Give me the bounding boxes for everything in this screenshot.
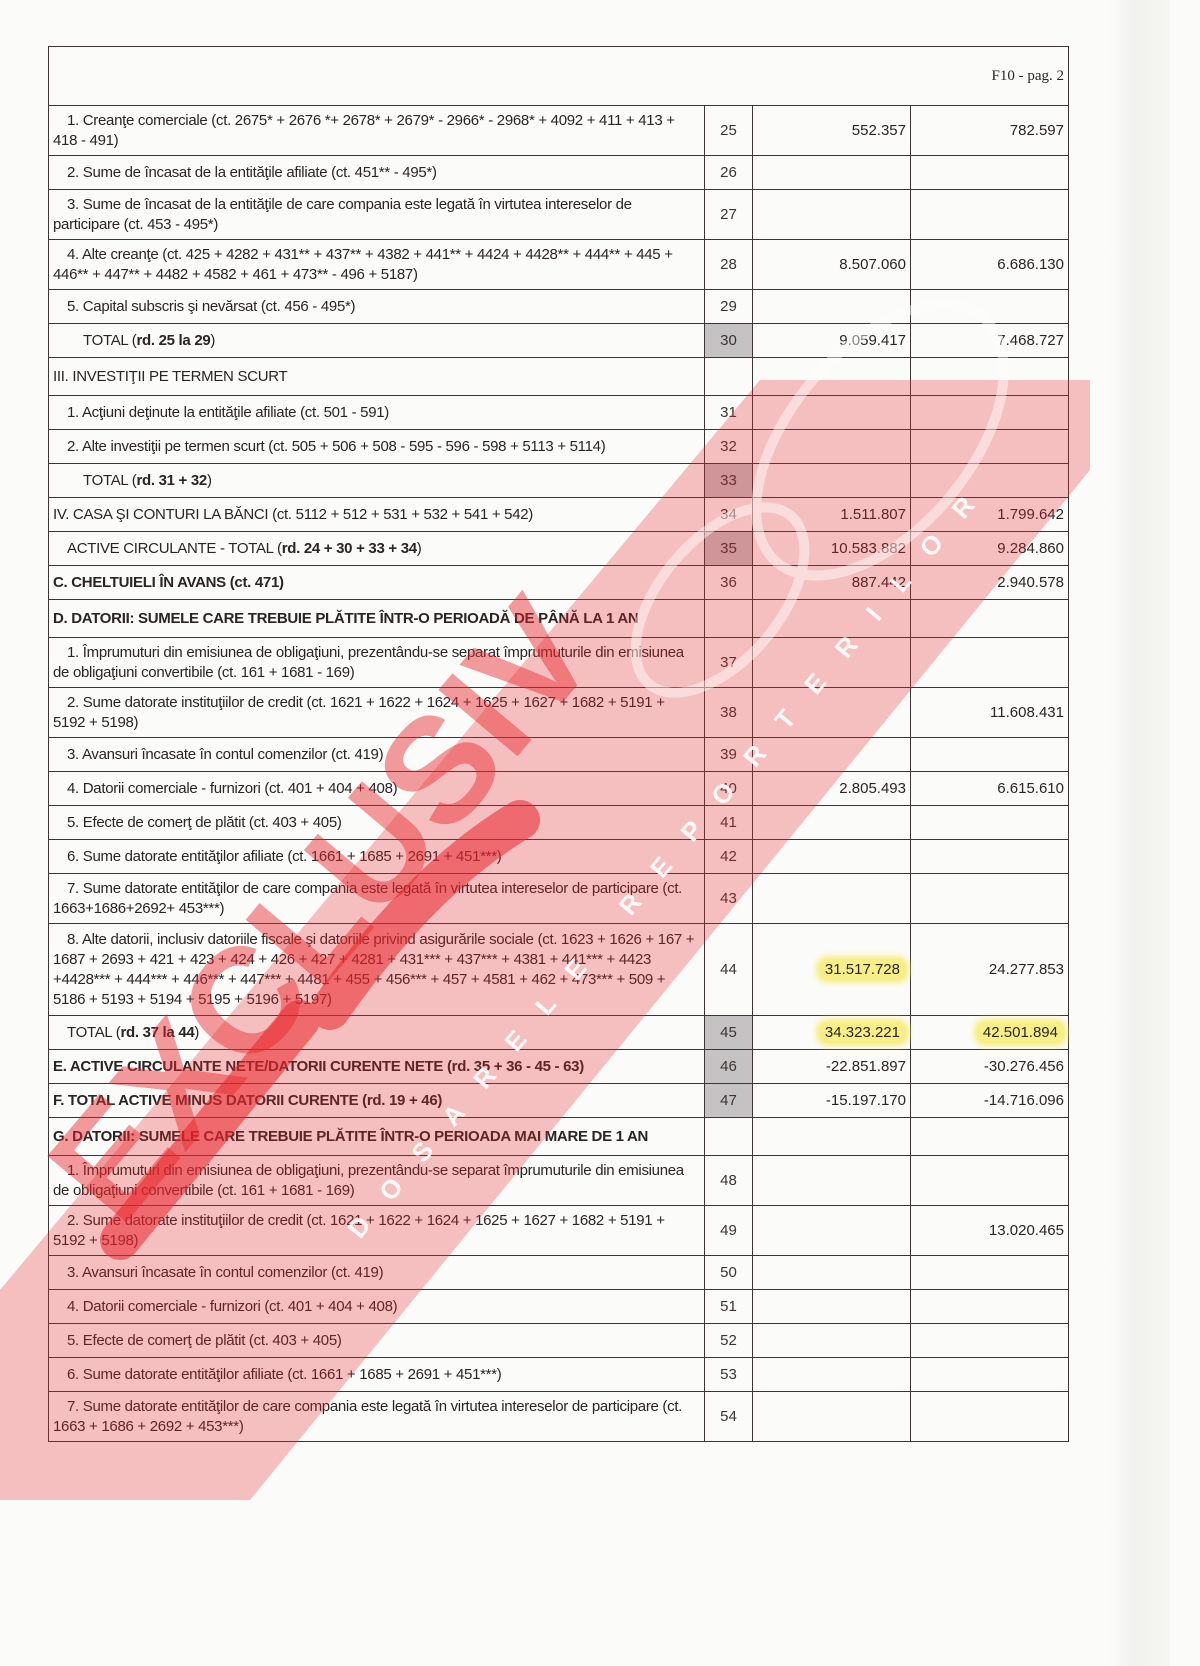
balance-sheet-form: F10 - pag. 2 1. Creanţe comerciale (ct. … bbox=[48, 46, 1068, 1442]
row-number: 26 bbox=[705, 156, 753, 190]
row-description: 2. Alte investiţii pe termen scurt (ct. … bbox=[49, 430, 705, 464]
value-previous-period bbox=[753, 1392, 911, 1442]
value-previous-period bbox=[753, 1290, 911, 1324]
section-header-row: D. DATORII: SUMELE CARE TREBUIE PLĂTITE … bbox=[49, 600, 1069, 638]
value-current-period bbox=[911, 840, 1069, 874]
table-row: 7. Sume datorate entităţilor de care com… bbox=[49, 874, 1069, 924]
row-description: TOTAL (rd. 31 + 32) bbox=[49, 464, 705, 498]
table-row: 4. Datorii comerciale - furnizori (ct. 4… bbox=[49, 1290, 1069, 1324]
value-current-period: 2.940.578 bbox=[911, 566, 1069, 600]
table-row: 5. Capital subscris şi nevărsat (ct. 456… bbox=[49, 290, 1069, 324]
value-current-period bbox=[911, 1256, 1069, 1290]
row-description: TOTAL (rd. 25 la 29) bbox=[49, 324, 705, 358]
table-row: 3. Avansuri încasate în contul comenzilo… bbox=[49, 1256, 1069, 1290]
row-number: 54 bbox=[705, 1392, 753, 1442]
value-current-period bbox=[911, 638, 1069, 688]
row-description: 2. Sume datorate instituţiilor de credit… bbox=[49, 688, 705, 738]
row-description: 7. Sume datorate entităţilor de care com… bbox=[49, 1392, 705, 1442]
value-current-period bbox=[911, 464, 1069, 498]
row-number: 49 bbox=[705, 1206, 753, 1256]
row-number: 38 bbox=[705, 688, 753, 738]
table-row: 6. Sume datorate entităţilor afiliate (c… bbox=[49, 840, 1069, 874]
row-number: 52 bbox=[705, 1324, 753, 1358]
value-current-period bbox=[911, 1358, 1069, 1392]
table-row: TOTAL (rd. 31 + 32)33 bbox=[49, 464, 1069, 498]
value-previous-period bbox=[753, 290, 911, 324]
value-current-period bbox=[911, 290, 1069, 324]
row-number: 28 bbox=[705, 240, 753, 290]
row-description: 2. Sume datorate instituţiilor de credit… bbox=[49, 1206, 705, 1256]
value-previous-period bbox=[753, 1324, 911, 1358]
row-description: 6. Sume datorate entităţilor afiliate (c… bbox=[49, 1358, 705, 1392]
row-description: 3. Avansuri încasate în contul comenzilo… bbox=[49, 1256, 705, 1290]
row-description: 4. Datorii comerciale - furnizori (ct. 4… bbox=[49, 772, 705, 806]
value-current-period bbox=[911, 1118, 1069, 1156]
row-description: 1. Împrumuturi din emisiunea de obligaţi… bbox=[49, 638, 705, 688]
row-number: 37 bbox=[705, 638, 753, 688]
table-row: C. CHELTUIELI ÎN AVANS (ct. 471)36887.44… bbox=[49, 566, 1069, 600]
value-previous-period: 31.517.728 bbox=[753, 924, 911, 1016]
row-number: 50 bbox=[705, 1256, 753, 1290]
row-number: 36 bbox=[705, 566, 753, 600]
value-previous-period: 10.583.882 bbox=[753, 532, 911, 566]
value-current-period: 42.501.894 bbox=[911, 1016, 1069, 1050]
value-current-period bbox=[911, 396, 1069, 430]
row-number: 51 bbox=[705, 1290, 753, 1324]
row-number: 47 bbox=[705, 1084, 753, 1118]
value-current-period: 1.799.642 bbox=[911, 498, 1069, 532]
table-row: TOTAL (rd. 37 la 44)4534.323.22142.501.8… bbox=[49, 1016, 1069, 1050]
value-previous-period bbox=[753, 1156, 911, 1206]
value-previous-period: 1.511.807 bbox=[753, 498, 911, 532]
row-description: III. INVESTIŢII PE TERMEN SCURT bbox=[49, 358, 705, 396]
value-current-period: 24.277.853 bbox=[911, 924, 1069, 1016]
row-number: 25 bbox=[705, 106, 753, 156]
row-number: 53 bbox=[705, 1358, 753, 1392]
value-previous-period bbox=[753, 600, 911, 638]
table-row: E. ACTIVE CIRCULANTE NETE/DATORII CURENT… bbox=[49, 1050, 1069, 1084]
page-label: F10 - pag. 2 bbox=[49, 47, 1069, 106]
value-current-period bbox=[911, 358, 1069, 396]
table-row: 2. Sume de încasat de la entităţile afil… bbox=[49, 156, 1069, 190]
table-row: IV. CASA ŞI CONTURI LA BĂNCI (ct. 5112 +… bbox=[49, 498, 1069, 532]
row-description: 3. Avansuri încasate în contul comenzilo… bbox=[49, 738, 705, 772]
row-number: 31 bbox=[705, 396, 753, 430]
row-description: F. TOTAL ACTIVE MINUS DATORII CURENTE (r… bbox=[49, 1084, 705, 1118]
value-current-period bbox=[911, 1392, 1069, 1442]
value-previous-period bbox=[753, 1256, 911, 1290]
value-current-period: 782.597 bbox=[911, 106, 1069, 156]
row-description: 4. Datorii comerciale - furnizori (ct. 4… bbox=[49, 1290, 705, 1324]
row-number: 40 bbox=[705, 772, 753, 806]
row-description: 1. Acţiuni deţinute la entităţile afilia… bbox=[49, 396, 705, 430]
row-description: 3. Sume de încasat de la entităţile de c… bbox=[49, 190, 705, 240]
row-number bbox=[705, 358, 753, 396]
row-number: 46 bbox=[705, 1050, 753, 1084]
value-previous-period bbox=[753, 688, 911, 738]
row-description: 1. Împrumuturi din emisiunea de obligaţi… bbox=[49, 1156, 705, 1206]
row-description: 2. Sume de încasat de la entităţile afil… bbox=[49, 156, 705, 190]
row-description: G. DATORII: SUMELE CARE TREBUIE PLĂTITE … bbox=[49, 1118, 705, 1156]
row-number: 43 bbox=[705, 874, 753, 924]
value-previous-period bbox=[753, 1358, 911, 1392]
table-row: ACTIVE CIRCULANTE - TOTAL (rd. 24 + 30 +… bbox=[49, 532, 1069, 566]
row-description: 5. Efecte de comerţ de plătit (ct. 403 +… bbox=[49, 1324, 705, 1358]
value-current-period bbox=[911, 1324, 1069, 1358]
value-current-period: 9.284.860 bbox=[911, 532, 1069, 566]
row-number: 30 bbox=[705, 324, 753, 358]
value-previous-period bbox=[753, 430, 911, 464]
row-description: 5. Efecte de comerţ de plătit (ct. 403 +… bbox=[49, 806, 705, 840]
value-previous-period: 9.059.417 bbox=[753, 324, 911, 358]
table-row: 2. Sume datorate instituţiilor de credit… bbox=[49, 688, 1069, 738]
row-number: 39 bbox=[705, 738, 753, 772]
value-previous-period: 2.805.493 bbox=[753, 772, 911, 806]
value-current-period: 11.608.431 bbox=[911, 688, 1069, 738]
value-current-period: 13.020.465 bbox=[911, 1206, 1069, 1256]
value-current-period: -30.276.456 bbox=[911, 1050, 1069, 1084]
value-previous-period bbox=[753, 874, 911, 924]
value-previous-period: 8.507.060 bbox=[753, 240, 911, 290]
row-number: 27 bbox=[705, 190, 753, 240]
row-description: E. ACTIVE CIRCULANTE NETE/DATORII CURENT… bbox=[49, 1050, 705, 1084]
value-previous-period bbox=[753, 156, 911, 190]
value-previous-period: -22.851.897 bbox=[753, 1050, 911, 1084]
table-row: 2. Sume datorate instituţiilor de credit… bbox=[49, 1206, 1069, 1256]
table-row: 5. Efecte de comerţ de plătit (ct. 403 +… bbox=[49, 1324, 1069, 1358]
row-number: 29 bbox=[705, 290, 753, 324]
row-description: 1. Creanţe comerciale (ct. 2675* + 2676 … bbox=[49, 106, 705, 156]
row-description: C. CHELTUIELI ÎN AVANS (ct. 471) bbox=[49, 566, 705, 600]
table-row: 1. Împrumuturi din emisiunea de obligaţi… bbox=[49, 638, 1069, 688]
row-number bbox=[705, 600, 753, 638]
value-previous-period bbox=[753, 1206, 911, 1256]
value-current-period bbox=[911, 874, 1069, 924]
row-description: 8. Alte datorii, inclusiv datoriile fisc… bbox=[49, 924, 705, 1016]
value-previous-period bbox=[753, 738, 911, 772]
value-current-period bbox=[911, 190, 1069, 240]
value-previous-period bbox=[753, 806, 911, 840]
value-current-period bbox=[911, 1156, 1069, 1206]
table-row: 8. Alte datorii, inclusiv datoriile fisc… bbox=[49, 924, 1069, 1016]
row-description: TOTAL (rd. 37 la 44) bbox=[49, 1016, 705, 1050]
table-row: F. TOTAL ACTIVE MINUS DATORII CURENTE (r… bbox=[49, 1084, 1069, 1118]
row-number: 35 bbox=[705, 532, 753, 566]
row-number: 45 bbox=[705, 1016, 753, 1050]
balance-sheet-table: F10 - pag. 2 1. Creanţe comerciale (ct. … bbox=[48, 46, 1069, 1442]
table-row: 2. Alte investiţii pe termen scurt (ct. … bbox=[49, 430, 1069, 464]
value-previous-period: 34.323.221 bbox=[753, 1016, 911, 1050]
section-header-row: III. INVESTIŢII PE TERMEN SCURT bbox=[49, 358, 1069, 396]
row-number: 32 bbox=[705, 430, 753, 464]
value-previous-period: 887.442 bbox=[753, 566, 911, 600]
value-previous-period bbox=[753, 396, 911, 430]
table-row: 1. Împrumuturi din emisiunea de obligaţi… bbox=[49, 1156, 1069, 1206]
table-row: 1. Acţiuni deţinute la entităţile afilia… bbox=[49, 396, 1069, 430]
value-current-period bbox=[911, 806, 1069, 840]
value-previous-period bbox=[753, 190, 911, 240]
value-current-period bbox=[911, 1290, 1069, 1324]
row-description: 5. Capital subscris şi nevărsat (ct. 456… bbox=[49, 290, 705, 324]
row-number: 42 bbox=[705, 840, 753, 874]
value-previous-period bbox=[753, 464, 911, 498]
value-current-period bbox=[911, 430, 1069, 464]
row-number: 34 bbox=[705, 498, 753, 532]
table-row: 5. Efecte de comerţ de plătit (ct. 403 +… bbox=[49, 806, 1069, 840]
value-previous-period bbox=[753, 638, 911, 688]
value-current-period: 6.686.130 bbox=[911, 240, 1069, 290]
value-current-period bbox=[911, 156, 1069, 190]
table-row: TOTAL (rd. 25 la 29)309.059.4177.468.727 bbox=[49, 324, 1069, 358]
value-previous-period bbox=[753, 1118, 911, 1156]
table-row: 7. Sume datorate entităţilor de care com… bbox=[49, 1392, 1069, 1442]
table-row: 4. Datorii comerciale - furnizori (ct. 4… bbox=[49, 772, 1069, 806]
value-previous-period: -15.197.170 bbox=[753, 1084, 911, 1118]
form-header-row: F10 - pag. 2 bbox=[49, 47, 1069, 106]
value-previous-period: 552.357 bbox=[753, 106, 911, 156]
value-current-period: 6.615.610 bbox=[911, 772, 1069, 806]
table-row: 4. Alte creanţe (ct. 425 + 4282 + 431** … bbox=[49, 240, 1069, 290]
table-row: 3. Avansuri încasate în contul comenzilo… bbox=[49, 738, 1069, 772]
row-description: 6. Sume datorate entităţilor afiliate (c… bbox=[49, 840, 705, 874]
row-number: 33 bbox=[705, 464, 753, 498]
row-description: ACTIVE CIRCULANTE - TOTAL (rd. 24 + 30 +… bbox=[49, 532, 705, 566]
value-current-period: 7.468.727 bbox=[911, 324, 1069, 358]
section-header-row: G. DATORII: SUMELE CARE TREBUIE PLĂTITE … bbox=[49, 1118, 1069, 1156]
table-row: 1. Creanţe comerciale (ct. 2675* + 2676 … bbox=[49, 106, 1069, 156]
value-previous-period bbox=[753, 358, 911, 396]
value-previous-period bbox=[753, 840, 911, 874]
row-number bbox=[705, 1118, 753, 1156]
row-description: IV. CASA ŞI CONTURI LA BĂNCI (ct. 5112 +… bbox=[49, 498, 705, 532]
table-row: 3. Sume de încasat de la entităţile de c… bbox=[49, 190, 1069, 240]
value-current-period bbox=[911, 738, 1069, 772]
value-current-period: -14.716.096 bbox=[911, 1084, 1069, 1118]
row-number: 41 bbox=[705, 806, 753, 840]
row-number: 48 bbox=[705, 1156, 753, 1206]
row-description: 7. Sume datorate entităţilor de care com… bbox=[49, 874, 705, 924]
row-description: 4. Alte creanţe (ct. 425 + 4282 + 431** … bbox=[49, 240, 705, 290]
table-row: 6. Sume datorate entităţilor afiliate (c… bbox=[49, 1358, 1069, 1392]
row-number: 44 bbox=[705, 924, 753, 1016]
scan-page-edge bbox=[1110, 0, 1170, 1666]
value-current-period bbox=[911, 600, 1069, 638]
row-description: D. DATORII: SUMELE CARE TREBUIE PLĂTITE … bbox=[49, 600, 705, 638]
